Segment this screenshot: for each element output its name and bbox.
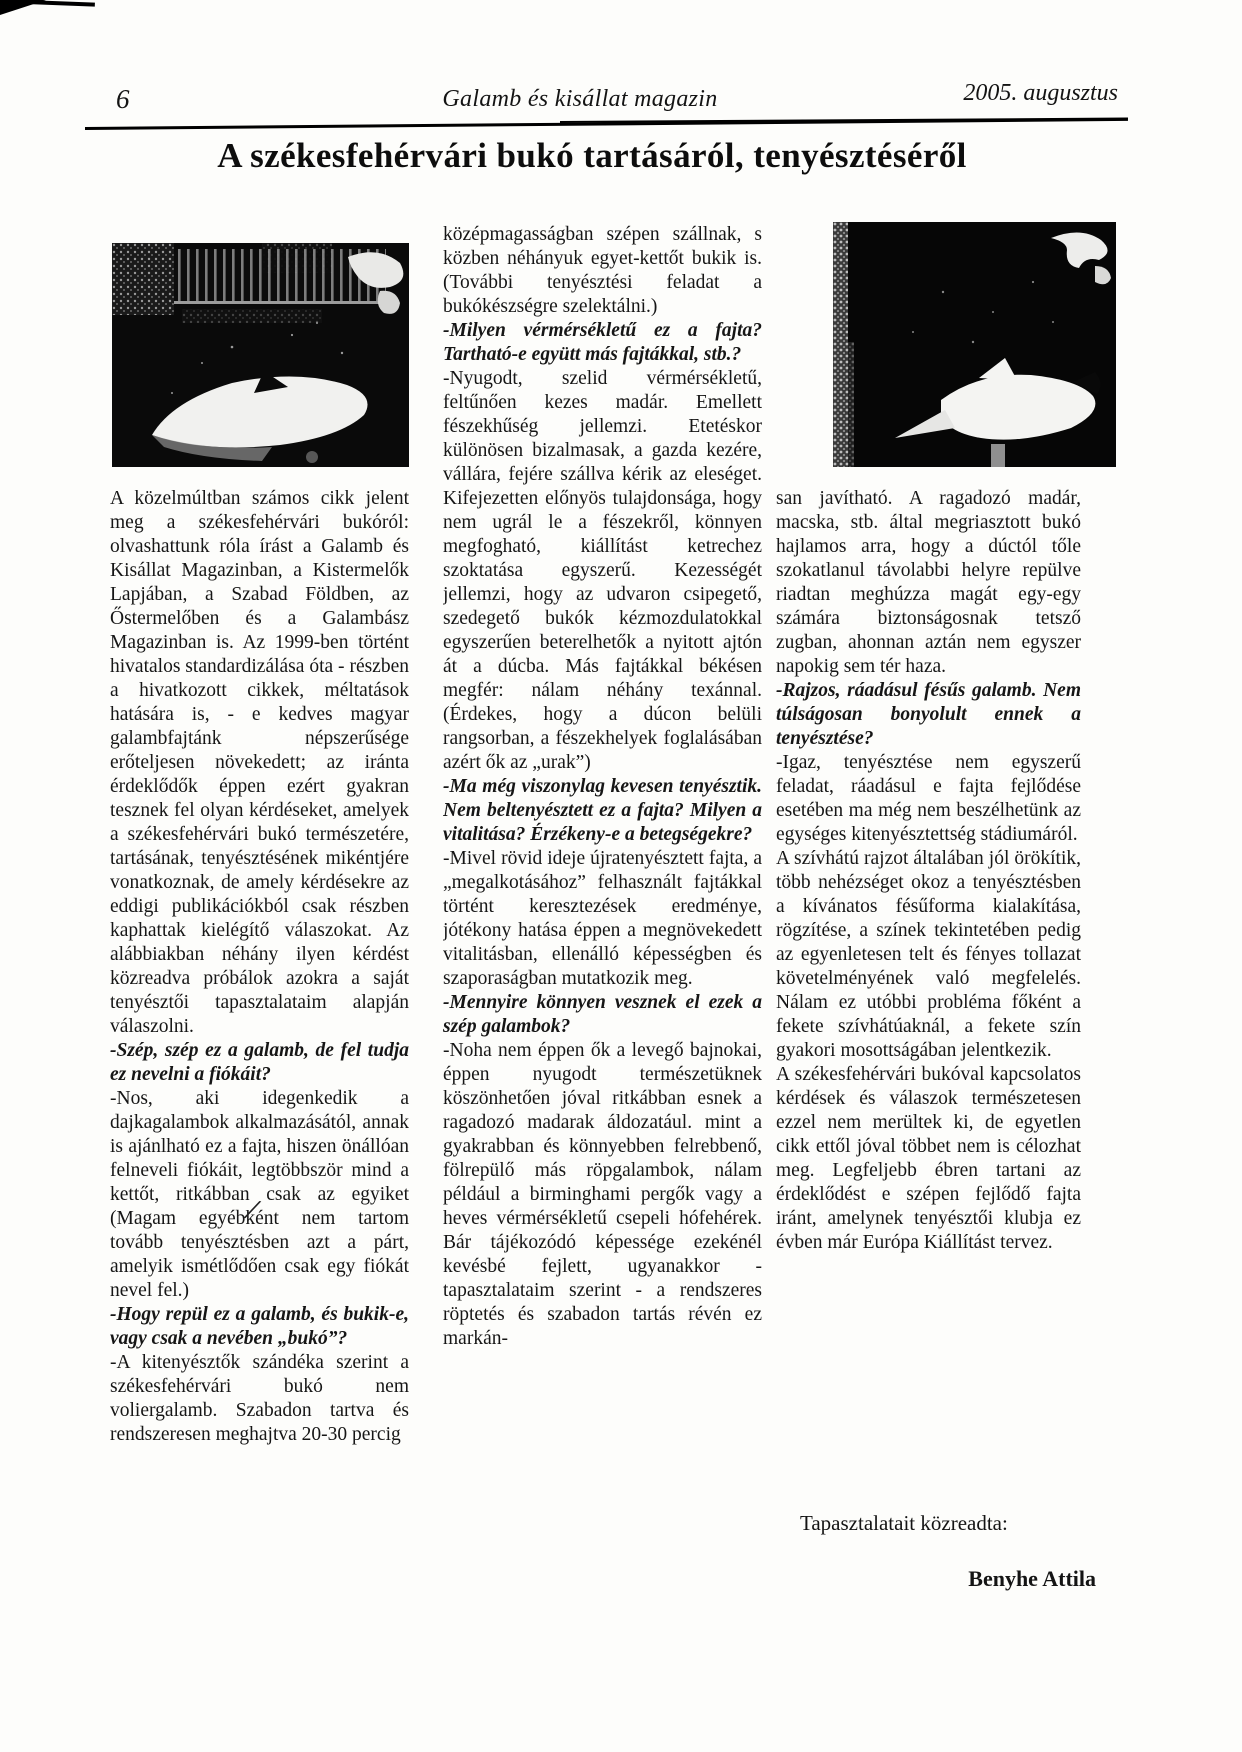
text-column-2: középmagasságban szépen szállnak, s közb… <box>443 223 762 1471</box>
photo-right-graphic <box>833 222 1116 467</box>
magazine-page: 6 Galamb és kisállat magazin 2005. augus… <box>0 0 1242 1752</box>
article-title: A székesfehérvári bukó tartásáról, tenyé… <box>0 136 1184 176</box>
author-name: Benyhe Attila <box>776 1566 1096 1592</box>
body-paragraph: középmagasságban szépen szállnak, s közb… <box>443 223 762 319</box>
body-paragraph: A közelmúltban számos cikk jelent meg a … <box>110 487 409 1039</box>
photo-tumbler-pigeon-right <box>833 222 1116 467</box>
body-paragraph: -Nos, aki idegenkedik a dajkagalambok al… <box>110 1087 409 1303</box>
body-paragraph: A székesfehérvári bukóval kapcsolatos ké… <box>776 1063 1081 1255</box>
question-paragraph: -Ma még viszonylag kevesen tenyésztik. N… <box>443 775 762 847</box>
body-paragraph: -Noha nem éppen ők a levegő bajnokai, ép… <box>443 1039 762 1351</box>
question-paragraph: -Milyen vérmérsékletű ez a fajta? Tartha… <box>443 319 762 367</box>
photo-tumbler-pigeon-left <box>112 243 409 467</box>
question-paragraph: -Mennyire könnyen vesznek el ezek a szép… <box>443 991 762 1039</box>
issue-date: 2005. augusztus <box>900 80 1118 107</box>
body-paragraph: -Mivel rövid ideje újratenyésztett fajta… <box>443 847 762 991</box>
question-paragraph: -Rajzos, ráadásul fésűs galamb. Nem túls… <box>776 679 1081 751</box>
text-column-3: san javítható. A ragadozó madár, macska,… <box>776 487 1081 1392</box>
scan-artifact-corner <box>0 0 46 15</box>
credit-label: Tapasztalatait közreadta: <box>800 1511 1008 1536</box>
text-column-1: A közelmúltban számos cikk jelent meg a … <box>110 487 409 1472</box>
body-paragraph: -A kitenyésztők szándéka szerint a széke… <box>110 1351 409 1447</box>
question-paragraph: -Hogy repül ez a galamb, és bukik-e, vag… <box>110 1303 409 1351</box>
question-paragraph: -Szép, szép ez a galamb, de fel tudja ez… <box>110 1039 409 1087</box>
body-paragraph: A szívhátú rajzot általában jól örökítik… <box>776 847 1081 1063</box>
body-paragraph: -Igaz, tenyésztése nem egyszerű feladat,… <box>776 751 1081 847</box>
body-paragraph: -Nyugodt, szelid vérmérsékletű, feltűnőe… <box>443 367 762 775</box>
body-paragraph: san javítható. A ragadozó madár, macska,… <box>776 487 1081 679</box>
photo-left-graphic <box>112 243 409 467</box>
